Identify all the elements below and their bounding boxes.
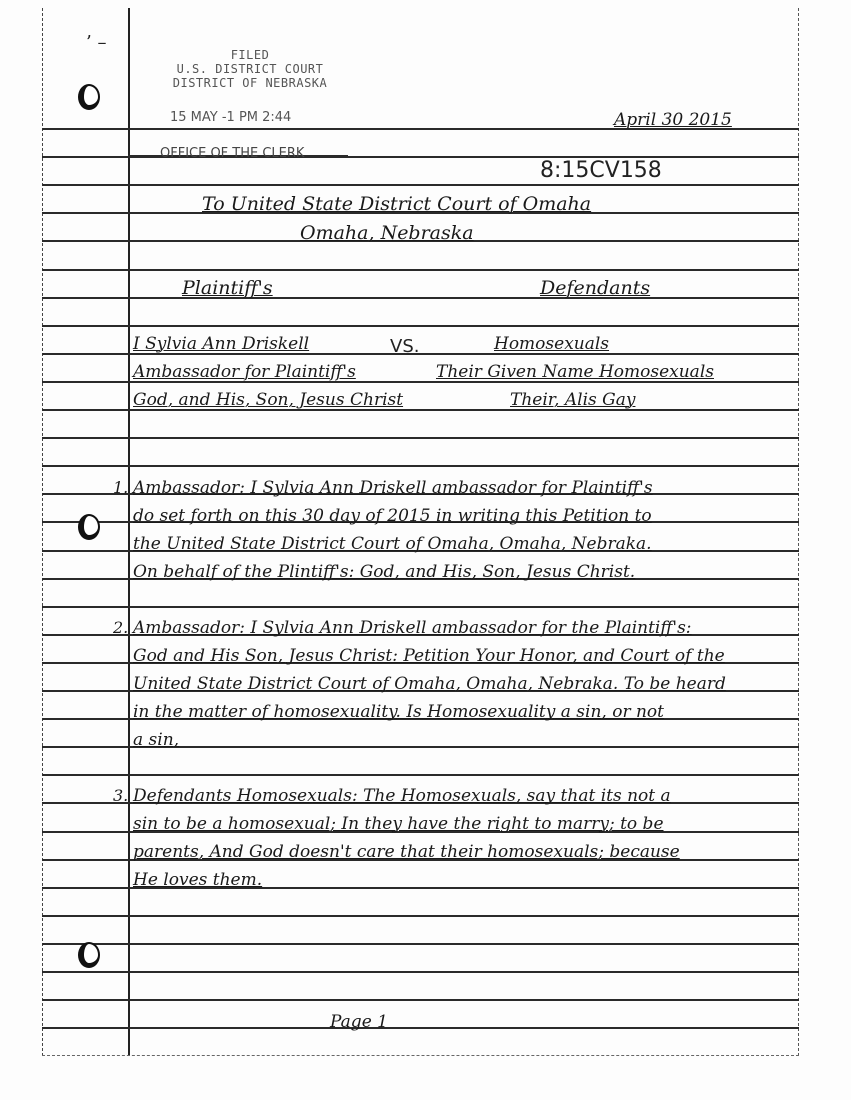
punch-hole-icon (78, 942, 100, 968)
paragraph-2-line: God and His Son, Jesus Christ: Petition … (133, 646, 725, 666)
ruled-line (42, 915, 799, 917)
plaintiff-line: Ambassador for Plaintiff's (133, 362, 356, 382)
addressee-line1: To United State District Court of Omaha (202, 193, 591, 215)
paragraph-3-line: He loves them. (133, 870, 262, 890)
ruled-line (42, 465, 799, 467)
defendant-line: Their, Alis Gay (510, 390, 635, 410)
paragraph-1-line: Ambassador: I Sylvia Ann Driskell ambass… (133, 478, 653, 498)
stamp-datetime: 15 MAY -1 PM 2:44 (170, 110, 291, 125)
defendant-line: Homosexuals (494, 334, 609, 354)
paragraph-3-line: parents, And God doesn't care that their… (133, 842, 680, 862)
paragraph-3-line: sin to be a homosexual; In they have the… (133, 814, 664, 834)
ruled-line (42, 437, 799, 439)
paragraph-number: 2. (113, 618, 128, 637)
ruled-line (42, 999, 799, 1001)
ruled-line (42, 297, 799, 299)
plaintiff-line: I Sylvia Ann Driskell (133, 334, 309, 354)
stray-mark: ’ – (86, 32, 106, 53)
ruled-line (42, 184, 799, 186)
stamp-office: OFFICE OF THE CLERK (160, 146, 304, 161)
versus-label: VS. (390, 336, 419, 357)
paragraph-2-line: United State District Court of Omaha, Om… (133, 674, 726, 694)
ruled-line (42, 774, 799, 776)
paragraph-number: 1. (113, 478, 128, 497)
ruled-line (42, 971, 799, 973)
ruled-line (42, 269, 799, 271)
defendant-line: Their Given Name Homosexuals (436, 362, 714, 382)
paragraph-3-line: Defendants Homosexuals: The Homosexuals,… (133, 786, 671, 806)
page-left-edge (42, 8, 43, 1056)
punch-hole-icon (78, 514, 100, 540)
ruled-line (42, 606, 799, 608)
page-bottom-edge (42, 1055, 799, 1056)
stamp-district: DISTRICT OF NEBRASKA (150, 76, 350, 90)
paragraph-1-line: do set forth on this 30 day of 2015 in w… (133, 506, 652, 526)
page-number: Page 1 (330, 1012, 388, 1032)
page-right-edge (798, 8, 799, 1056)
ruled-line (42, 1027, 799, 1029)
paragraph-2-line: in the matter of homosexuality. Is Homos… (133, 702, 664, 722)
document-page: ’ – FILED U.S. DISTRICT COURT DISTRICT O… (0, 0, 851, 1100)
ruled-line (42, 943, 799, 945)
paragraph-1-line: On behalf of the Plintiff's: God, and Hi… (133, 562, 635, 582)
addressee-line2: Omaha, Nebraska (300, 222, 474, 244)
filed-stamp: FILED U.S. DISTRICT COURT DISTRICT OF NE… (150, 48, 350, 90)
paragraph-2-line: a sin, (133, 730, 179, 750)
paragraph-1-line: the United State District Court of Omaha… (133, 534, 652, 554)
document-date: April 30 2015 (614, 110, 732, 130)
margin-line (128, 8, 130, 1056)
paragraph-number: 3. (113, 786, 128, 805)
stamp-filed: FILED (150, 48, 350, 62)
plaintiff-line: God, and His, Son, Jesus Christ (133, 390, 403, 410)
ruled-line (42, 325, 799, 327)
plaintiffs-heading: Plaintiff's (182, 277, 273, 299)
punch-hole-icon (78, 84, 100, 110)
paragraph-2-line: Ambassador: I Sylvia Ann Driskell ambass… (133, 618, 692, 638)
stamp-court: U.S. DISTRICT COURT (150, 62, 350, 76)
case-number: 8:15CV158 (540, 158, 662, 183)
defendants-heading: Defendants (540, 277, 650, 299)
